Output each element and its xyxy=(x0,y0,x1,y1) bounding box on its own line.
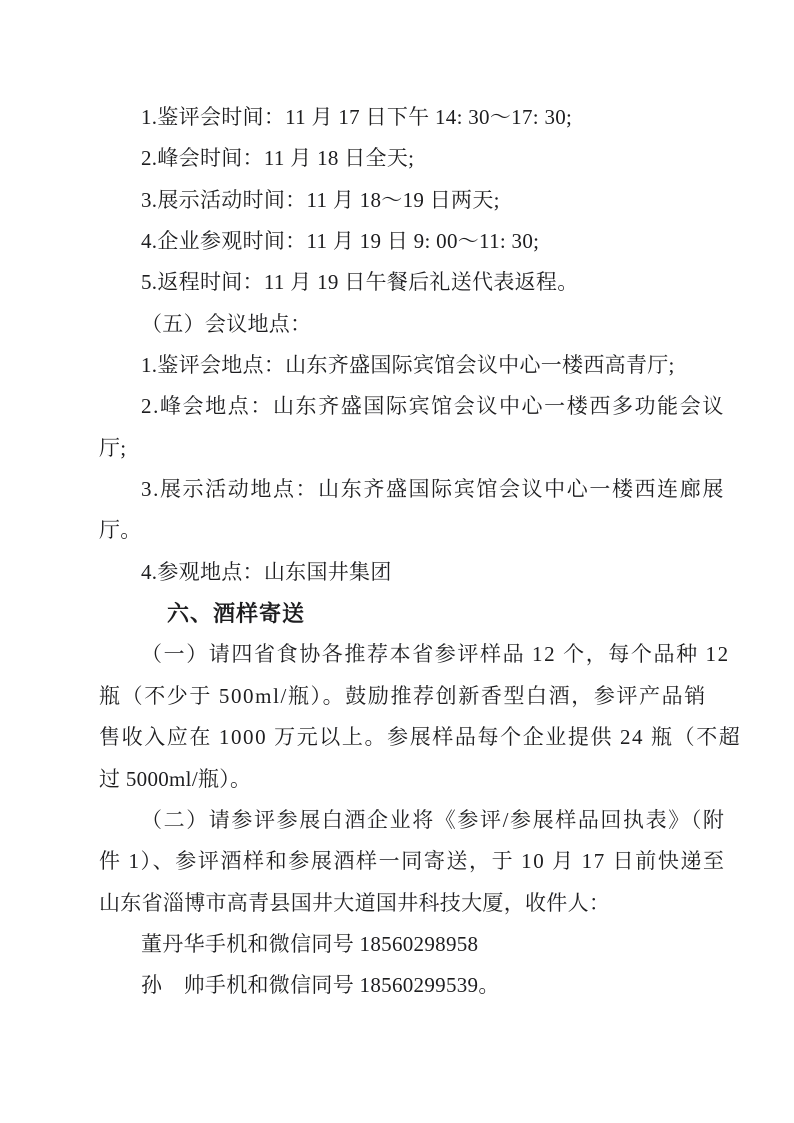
body-line: 山东省淄博市高青县国井大道国井科技大厦，收件人： xyxy=(99,883,697,924)
location-item-1: 1.鉴评会地点：山东齐盛国际宾馆会议中心一楼西高青厅; xyxy=(99,345,697,386)
body-line: 瓶（不少于 500ml/瓶）。鼓励推荐创新香型白酒，参评产品销 xyxy=(99,676,697,717)
contact-line-sun-shuai: 孙 帅手机和微信同号 18560299539。 xyxy=(99,965,697,1006)
schedule-item-4: 4.企业参观时间：11 月 19 日 9: 00～11: 30; xyxy=(99,221,697,262)
schedule-item-3: 3.展示活动时间：11 月 18～19 日两天; xyxy=(99,180,697,221)
schedule-item-2: 2.峰会时间：11 月 18 日全天; xyxy=(99,138,697,179)
location-item-2-continuation: 厅; xyxy=(99,428,697,469)
contact-line-dong-danhua: 董丹华手机和微信同号 18560298958 xyxy=(99,924,697,965)
sub-heading-meeting-location: （五）会议地点： xyxy=(99,304,697,345)
location-item-3-continuation: 厅。 xyxy=(99,510,697,551)
body-line: 过 5000ml/瓶）。 xyxy=(99,759,697,800)
document-page: 1.鉴评会时间：11 月 17 日下午 14: 30～17: 30; 2.峰会时… xyxy=(0,0,794,1123)
location-item-3: 3.展示活动地点：山东齐盛国际宾馆会议中心一楼西连廊展 xyxy=(99,469,697,510)
schedule-item-5: 5.返程时间：11 月 19 日午餐后礼送代表返程。 xyxy=(99,262,697,303)
location-item-2: 2.峰会地点：山东齐盛国际宾馆会议中心一楼西多功能会议 xyxy=(99,386,697,427)
document-content: 1.鉴评会时间：11 月 17 日下午 14: 30～17: 30; 2.峰会时… xyxy=(99,97,697,1007)
body-line: （二）请参评参展白酒企业将《参评/参展样品回执表》（附 xyxy=(99,800,697,841)
body-line: 售收入应在 1000 万元以上。参展样品每个企业提供 24 瓶（不超 xyxy=(99,717,697,758)
schedule-item-1: 1.鉴评会时间：11 月 17 日下午 14: 30～17: 30; xyxy=(99,97,697,138)
body-line: 件 1）、参评酒样和参展酒样一同寄送，于 10 月 17 日前快递至 xyxy=(99,841,697,882)
section-heading-sample-delivery: 六、酒样寄送 xyxy=(99,593,697,634)
location-item-4: 4.参观地点：山东国井集团 xyxy=(99,552,697,593)
body-line: （一）请四省食协各推荐本省参评样品 12 个，每个品种 12 xyxy=(99,634,697,675)
